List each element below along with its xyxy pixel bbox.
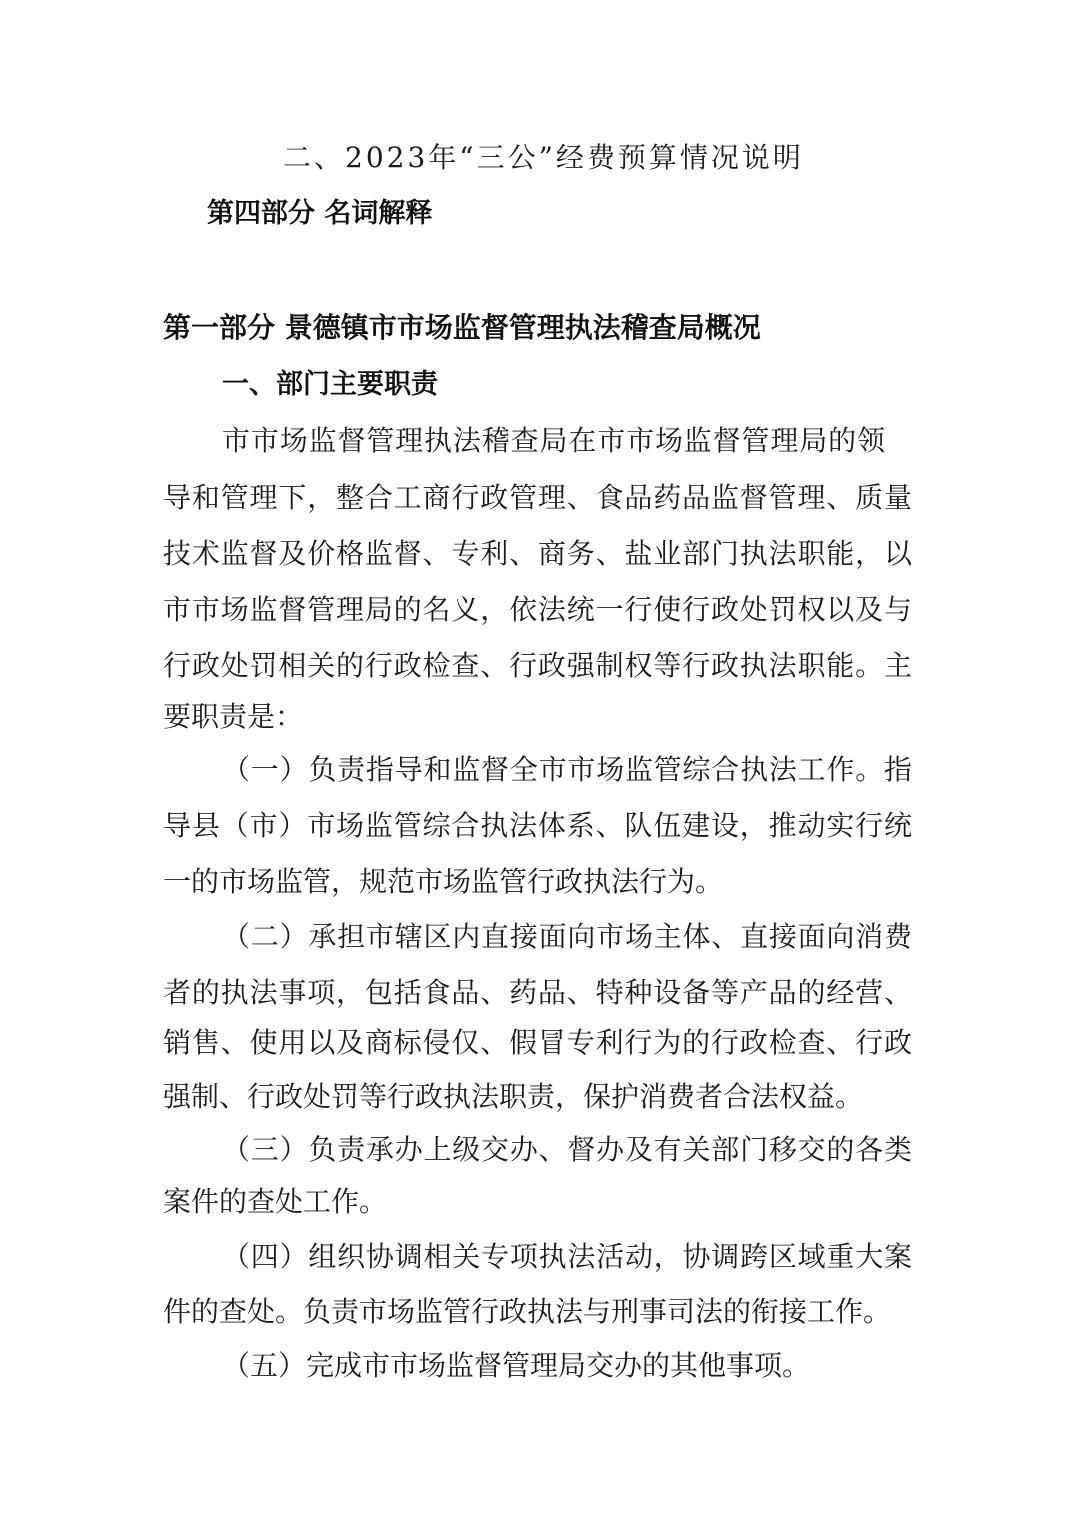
duty-2-line: 强制、行政处罚等行政执法职责，保护消费者合法权益。 [163,1077,863,1117]
duty-1-line: 一的市场监管，规范市场监管行政执法行为。 [163,862,723,902]
section-one-heading: 一、部门主要职责 [222,365,438,405]
toc-item-2023-budget: 二、2023年“三公”经费预算情况说明 [283,138,804,178]
document-page: 二、2023年“三公”经费预算情况说明 第四部分 名词解释 第一部分 景德镇市市… [0,0,1074,1520]
duty-3-line: 案件的查处工作。 [163,1182,387,1222]
duty-3-line: （三）负责承办上级交办、督办及有关部门移交的各类 [222,1130,912,1170]
duty-2-line: 销售、使用以及商标侵仅、假冒专利行为的行政检查、行政 [163,1023,912,1063]
toc-part-four: 第四部分 名词解释 [207,194,432,234]
intro-line: 行政处罚相关的行政检查、行政强制权等行政执法职能。主 [163,646,912,686]
duty-4-line: 件的查处。负责市场监管行政执法与刑事司法的衔接工作。 [163,1292,891,1332]
intro-line: 要职责是： [163,697,303,737]
duty-1-line: （一）负责指导和监督全市市场监管综合执法工作。指 [222,750,912,790]
intro-line: 导和管理下，整合工商行政管理、食品药品监督管理、质量 [163,478,912,518]
duty-2-line: （二）承担市辖区内直接面向市场主体、直接面向消费 [222,917,912,957]
duty-4-line: （四）组织协调相关专项执法活动，协调跨区域重大案 [222,1237,912,1277]
duty-5-line: （五）完成市市场监督管理局交办的其他事项。 [222,1346,810,1386]
duty-1-line: 导县（市）市场监管综合执法体系、队伍建设，推动实行统 [163,806,912,846]
part-one-title: 第一部分 景德镇市市场监督管理执法稽查局概况 [163,308,761,348]
intro-line: 技术监督及价格监督、专利、商务、盐业部门执法职能，以 [163,534,912,574]
duty-2-line: 者的执法事项，包括食品、药品、特种设备等产品的经营、 [163,973,912,1013]
intro-line: 市市场监督管理执法稽查局在市市场监督管理局的领 [222,421,885,461]
intro-line: 市市场监督管理局的名义，依法统一行使行政处罚权以及与 [163,590,912,630]
